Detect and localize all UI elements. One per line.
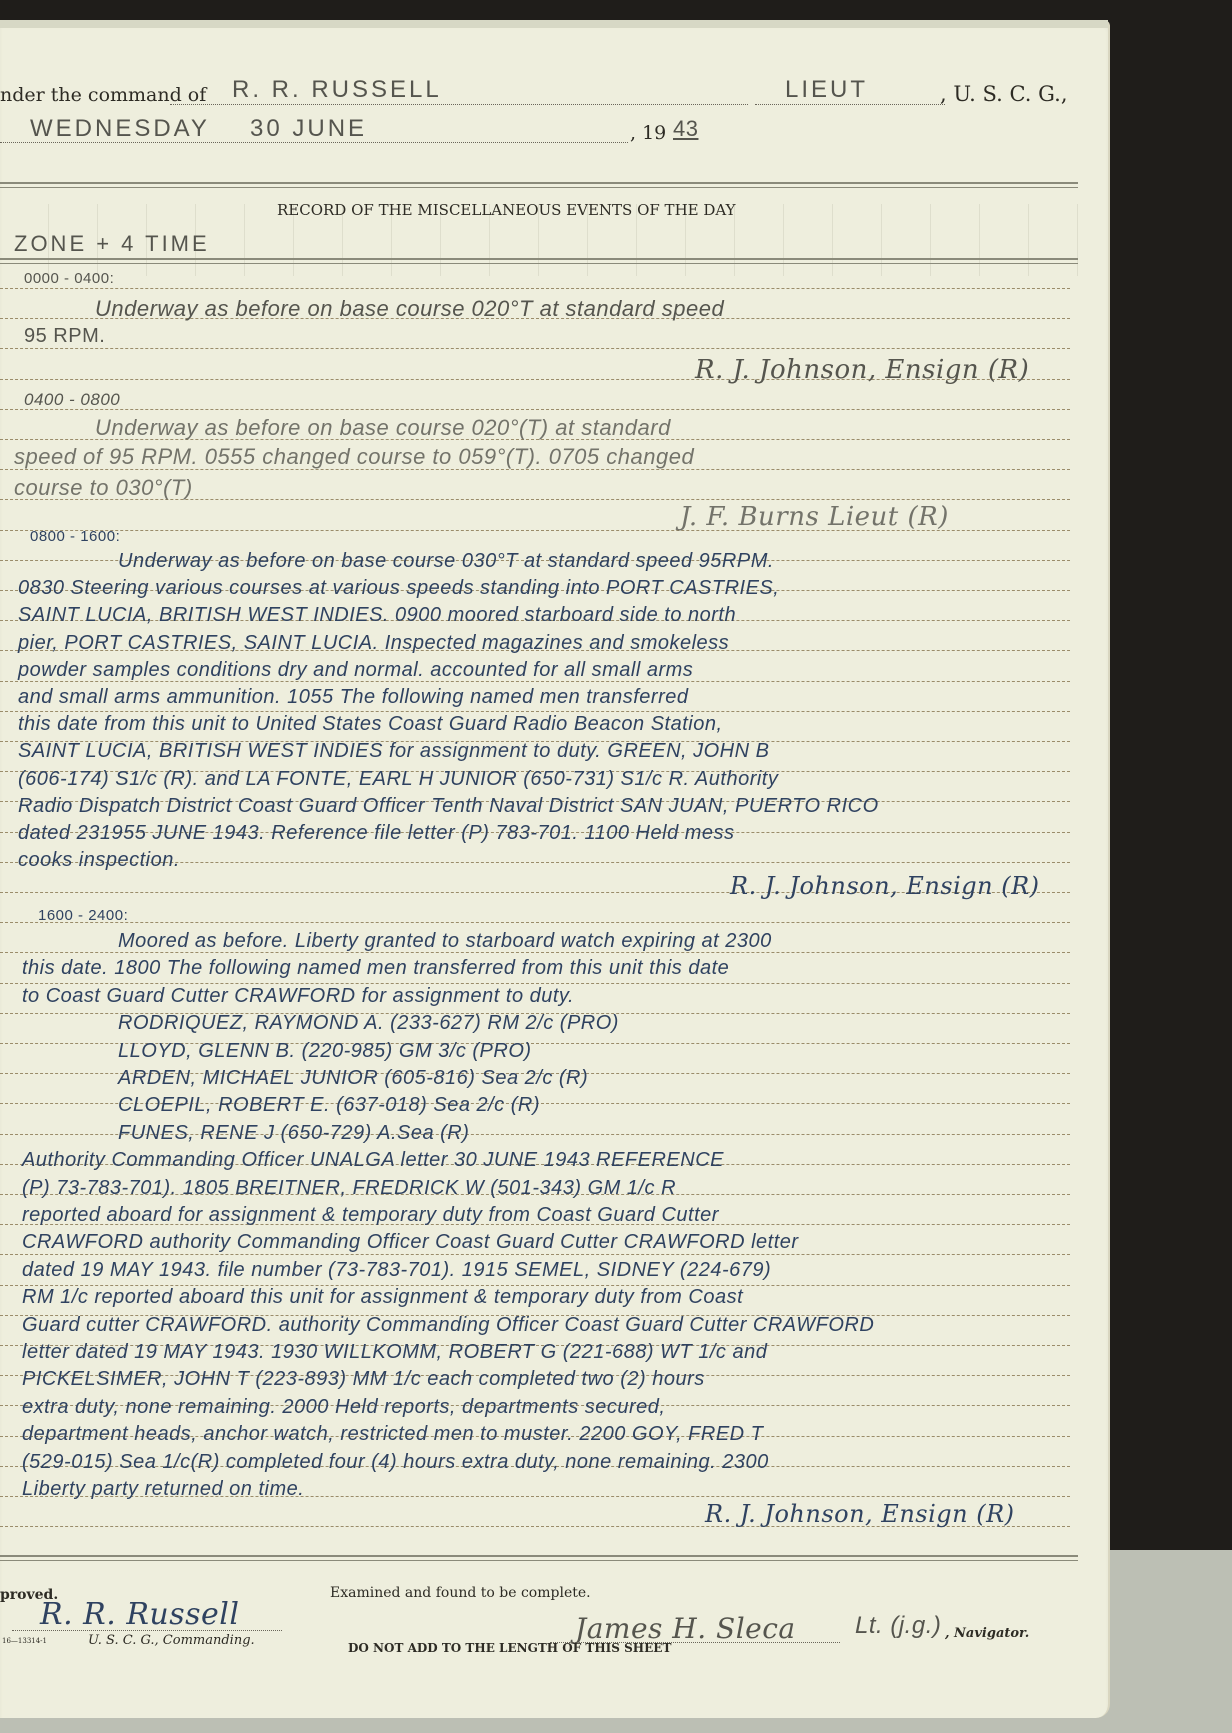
watch-signature: R. J. Johnson, Ensign (R)	[730, 872, 1040, 900]
watch-period-0400: 0400 - 0800	[24, 390, 120, 410]
watch-line: reported aboard for assignment & tempora…	[22, 1204, 719, 1227]
commanding-signature: R. R. Russell	[40, 1597, 239, 1632]
watch-line: (606-174) S1/c (R). and LA FONTE, EARL H…	[18, 768, 778, 791]
record-title-rule	[0, 258, 1078, 264]
watch-line: Underway as before on base course 030°T …	[118, 550, 774, 573]
length-warning: DO NOT ADD TO THE LENGTH OF THIS SHEET	[348, 1641, 671, 1655]
watch-line: course to 030°(T)	[14, 475, 193, 501]
watch-line: cooks inspection.	[18, 849, 180, 872]
examined-label: Examined and found to be complete.	[330, 1585, 591, 1601]
watch-period-0800: 0800 - 1600:	[30, 528, 120, 545]
watch-line: RM 1/c reported aboard this unit for ass…	[22, 1286, 743, 1309]
watch-line: Underway as before on base course 020°(T…	[95, 415, 671, 441]
watch-line: Radio Dispatch District Coast Guard Offi…	[18, 795, 879, 818]
ruled-line	[0, 922, 1070, 923]
page-top-edge	[0, 20, 1108, 28]
watch-line: extra duty, none remaining. 2000 Held re…	[22, 1396, 665, 1419]
year-prefix: , 19	[630, 122, 666, 144]
watch-line: CLOEPIL, ROBERT E. (637-018) Sea 2/c (R)	[118, 1094, 540, 1117]
record-title: RECORD OF THE MISCELLANEOUS EVENTS OF TH…	[277, 201, 736, 219]
watch-line: this date. 1800 The following named men …	[22, 957, 729, 980]
watch-line: department heads, anchor watch, restrict…	[22, 1423, 763, 1446]
rank-line	[755, 104, 945, 105]
watch-line: 95 RPM.	[24, 325, 105, 348]
ruled-line	[0, 983, 1070, 984]
commanding-sign-line	[12, 1630, 282, 1631]
watch-line: pier, PORT CASTRIES, SAINT LUCIA. Inspec…	[18, 632, 729, 655]
zone-note: ZONE + 4 TIME	[14, 231, 210, 257]
navigator-label: , Navigator.	[945, 1626, 1029, 1641]
watch-line: SAINT LUCIA, BRITISH WEST INDIES for ass…	[18, 740, 769, 763]
watch-line: (P) 73-783-701). 1805 BREITNER, FREDRICK…	[22, 1177, 676, 1200]
watch-signature: J. F. Burns Lieut (R)	[680, 502, 949, 532]
watch-line: ARDEN, MICHAEL JUNIOR (605-816) Sea 2/c …	[118, 1067, 588, 1090]
watch-line: LLOYD, GLENN B. (220-985) GM 3/c (PRO)	[118, 1040, 532, 1063]
watch-line: Underway as before on base course 020°T …	[95, 296, 724, 322]
log-sheet: nder the command of R. R. RUSSELL LIEUT …	[0, 20, 1110, 1718]
watch-line: (529-015) Sea 1/c(R) completed four (4) …	[22, 1451, 769, 1474]
command-label: nder the command of	[0, 84, 206, 106]
watch-line: FUNES, RENE J (650-729) A.Sea (R)	[118, 1122, 469, 1145]
watch-line: letter dated 19 MAY 1943. 1930 WILLKOMM,…	[22, 1341, 767, 1364]
date-text: 30 JUNE	[250, 115, 367, 143]
watch-signature: R. J. Johnson, Ensign (R)	[695, 355, 1029, 385]
watch-line: and small arms ammunition. 1055 The foll…	[18, 686, 688, 709]
watch-line: SAINT LUCIA, BRITISH WEST INDIES. 0900 m…	[18, 604, 736, 627]
watch-period-0000: 0000 - 0400:	[24, 270, 114, 287]
commander-rank: LIEUT	[785, 76, 868, 104]
ruled-line	[0, 711, 1070, 712]
watch-line: to Coast Guard Cutter CRAWFORD for assig…	[22, 985, 574, 1008]
ruled-line	[0, 288, 1070, 289]
watch-line: dated 19 MAY 1943. file number (73-783-7…	[22, 1259, 771, 1282]
watch-line: 0830 Steering various courses at various…	[18, 577, 779, 600]
footer-rule	[0, 1555, 1078, 1561]
watch-period-1600: 1600 - 2400:	[38, 907, 128, 924]
header-rule	[0, 182, 1078, 188]
watch-line: CRAWFORD authority Commanding Officer Co…	[22, 1231, 799, 1254]
watch-line: dated 231955 JUNE 1943. Reference file l…	[18, 822, 735, 845]
watch-line: speed of 95 RPM. 0555 changed course to …	[14, 444, 694, 470]
watch-line: PICKELSIMER, JOHN T (223-893) MM 1/c eac…	[22, 1368, 705, 1391]
watch-line: Guard cutter CRAWFORD. authority Command…	[22, 1314, 874, 1337]
watch-line: Authority Commanding Officer UNALGA lett…	[22, 1149, 724, 1172]
commander-name: R. R. RUSSELL	[232, 76, 442, 104]
date-day: WEDNESDAY	[30, 115, 210, 143]
year-suffix: 43	[673, 116, 698, 142]
ruled-line	[0, 348, 1070, 349]
watch-line: powder samples conditions dry and normal…	[18, 659, 693, 682]
form-number: 16—13314-1	[2, 1637, 47, 1645]
service-suffix: , U. S. C. G.,	[940, 82, 1068, 106]
watch-line: Moored as before. Liberty granted to sta…	[118, 930, 772, 953]
commander-line	[170, 104, 748, 105]
watch-line: RODRIQUEZ, RAYMOND A. (233-627) RM 2/c (…	[118, 1012, 619, 1035]
watch-signature: R. J. Johnson, Ensign (R)	[705, 1500, 1015, 1528]
ruled-line	[0, 1254, 1070, 1255]
commanding-label: U. S. C. G., Commanding.	[88, 1633, 255, 1648]
ruled-line	[0, 409, 1070, 410]
watch-line: Liberty party returned on time.	[22, 1478, 304, 1501]
navigator-rank: Lt. (j.g.)	[855, 1612, 941, 1640]
watch-line: this date from this unit to United State…	[18, 713, 723, 736]
